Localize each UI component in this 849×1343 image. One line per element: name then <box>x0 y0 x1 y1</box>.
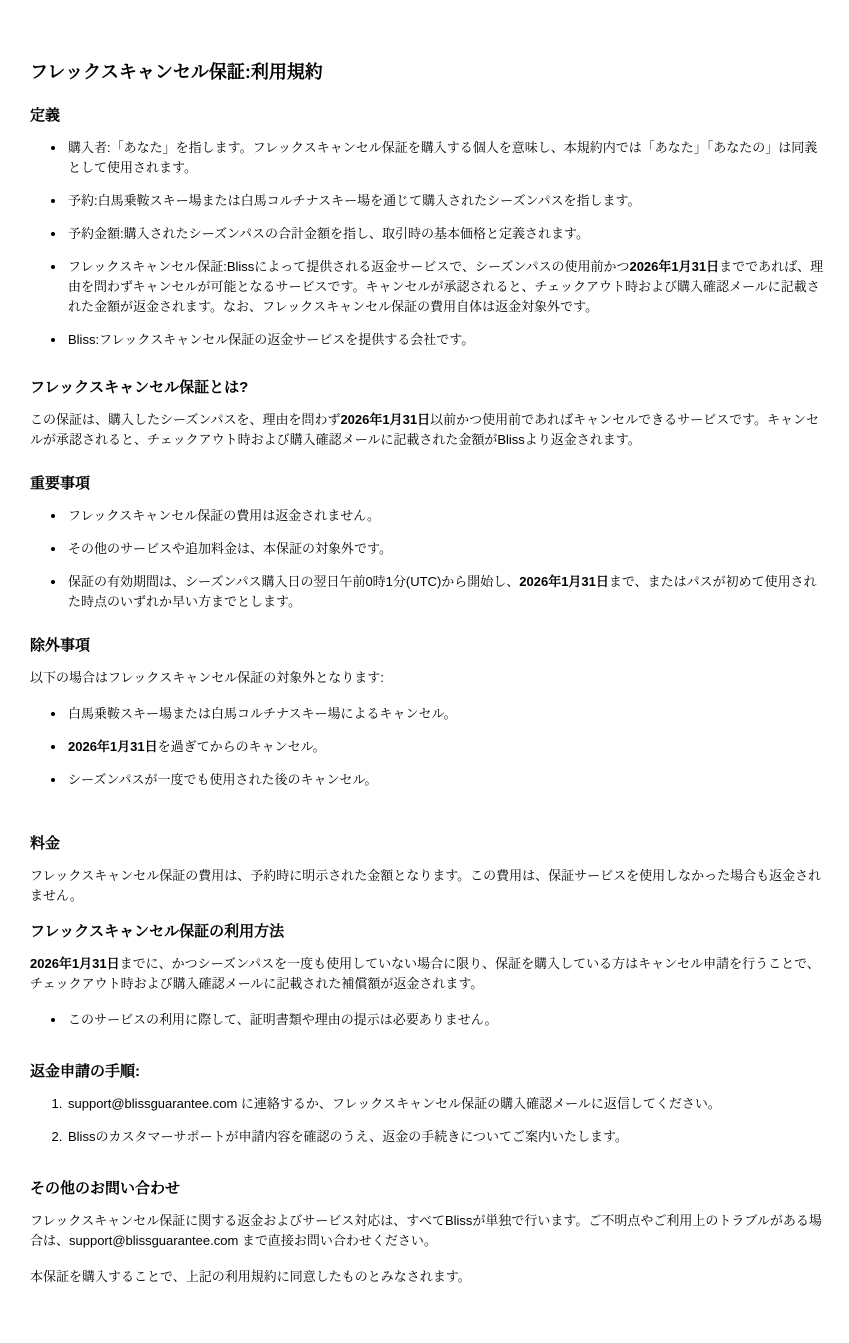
important-list: フレックスキャンセル保証の費用は返金されません。 その他のサービスや追加料金は、… <box>30 506 837 612</box>
bold-date: 2026年1月31日 <box>68 739 158 754</box>
list-item-text: シーズンパスが一度でも使用された後のキャンセル。 <box>68 772 377 787</box>
list-item: 予約金額:購入されたシーズンパスの合計金額を指し、取引時の基本価格と定義されます… <box>66 224 828 244</box>
list-item-text: フレックスキャンセル保証:Blissによって提供される返金サービスで、シーズンパ… <box>68 259 629 274</box>
exclusions-intro: 以下の場合はフレックスキャンセル保証の対象外となります: <box>30 668 830 688</box>
list-item-text: Bliss:フレックスキャンセル保証の返金サービスを提供する会社です。 <box>68 332 474 347</box>
ordered-list-item: Blissのカスタマーサポートが申請内容を確認のうえ、返金の手続きについてご案内… <box>66 1127 828 1147</box>
list-item: その他のサービスや追加料金は、本保証の対象外です。 <box>66 539 828 559</box>
list-item-text: このサービスの利用に際して、証明書類や理由の提示は必要ありません。 <box>68 1012 498 1027</box>
list-item: 購入者:「あなた」を指します。フレックスキャンセル保証を購入する個人を意味し、本… <box>66 138 828 178</box>
bold-date: 2026年1月31日 <box>340 412 430 427</box>
bold-date: 2026年1月31日 <box>30 956 120 971</box>
list-item-text: 保証の有効期間は、シーズンパス購入日の翌日午前0時1分(UTC)から開始し、 <box>68 574 519 589</box>
ordered-list-item: support@blissguarantee.com に連絡するか、フレックスキ… <box>66 1094 828 1114</box>
contact-paragraph-2: 本保証を購入することで、上記の利用規約に同意したものとみなされます。 <box>30 1267 830 1287</box>
contact-paragraph-1: フレックスキャンセル保証に関する返金およびサービス対応は、すべてBlissが単独… <box>30 1211 830 1251</box>
list-item: このサービスの利用に際して、証明書類や理由の提示は必要ありません。 <box>66 1010 828 1030</box>
list-item-text: 予約:白馬乗鞍スキー場または白馬コルチナスキー場を通じて購入されたシーズンパスを… <box>68 193 641 208</box>
bold-date: 2026年1月31日 <box>629 259 719 274</box>
section-heading-how-to-use: フレックスキャンセル保証の利用方法 <box>30 922 837 942</box>
paragraph-text: までに、かつシーズンパスを一度も使用していない場合に限り、保証を購入している方は… <box>30 956 820 991</box>
exclusions-list: 白馬乗鞍スキー場または白馬コルチナスキー場によるキャンセル。 2026年1月31… <box>30 704 837 790</box>
document-title: フレックスキャンセル保証:利用規約 <box>30 60 837 84</box>
list-item-text: を過ぎてからのキャンセル。 <box>158 739 326 754</box>
section-heading-refund-steps: 返金申請の手順: <box>30 1062 837 1082</box>
list-item: 予約:白馬乗鞍スキー場または白馬コルチナスキー場を通じて購入されたシーズンパスを… <box>66 191 828 211</box>
terms-document: フレックスキャンセル保証:利用規約 定義 購入者:「あなた」を指します。フレック… <box>0 0 849 1343</box>
list-item: シーズンパスが一度でも使用された後のキャンセル。 <box>66 770 828 790</box>
list-item-text: 予約金額:購入されたシーズンパスの合計金額を指し、取引時の基本価格と定義されます… <box>68 226 589 241</box>
section-heading-exclusions: 除外事項 <box>30 636 837 656</box>
how-to-use-paragraph: 2026年1月31日までに、かつシーズンパスを一度も使用していない場合に限り、保… <box>30 954 830 994</box>
section-heading-definitions: 定義 <box>30 106 837 126</box>
list-item: Bliss:フレックスキャンセル保証の返金サービスを提供する会社です。 <box>66 330 828 350</box>
list-item-text: その他のサービスや追加料金は、本保証の対象外です。 <box>68 541 392 556</box>
paragraph-text: この保証は、購入したシーズンパスを、理由を問わず <box>30 412 340 427</box>
list-item: 2026年1月31日を過ぎてからのキャンセル。 <box>66 737 828 757</box>
list-item: フレックスキャンセル保証:Blissによって提供される返金サービスで、シーズンパ… <box>66 257 828 317</box>
how-to-use-list: このサービスの利用に際して、証明書類や理由の提示は必要ありません。 <box>30 1010 837 1030</box>
list-item-text: Blissのカスタマーサポートが申請内容を確認のうえ、返金の手続きについてご案内… <box>68 1129 628 1144</box>
list-item: フレックスキャンセル保証の費用は返金されません。 <box>66 506 828 526</box>
list-item-text: 購入者:「あなた」を指します。フレックスキャンセル保証を購入する個人を意味し、本… <box>68 140 817 175</box>
refund-steps-list: support@blissguarantee.com に連絡するか、フレックスキ… <box>30 1094 837 1147</box>
section-heading-contact: その他のお問い合わせ <box>30 1179 837 1199</box>
list-item-text: フレックスキャンセル保証の費用は返金されません。 <box>68 508 380 523</box>
list-item: 保証の有効期間は、シーズンパス購入日の翌日午前0時1分(UTC)から開始し、20… <box>66 572 828 612</box>
fees-paragraph: フレックスキャンセル保証の費用は、予約時に明示された金額となります。この費用は、… <box>30 866 830 906</box>
list-item: 白馬乗鞍スキー場または白馬コルチナスキー場によるキャンセル。 <box>66 704 828 724</box>
bold-date: 2026年1月31日 <box>519 574 609 589</box>
definitions-list: 購入者:「あなた」を指します。フレックスキャンセル保証を購入する個人を意味し、本… <box>30 138 837 350</box>
section-heading-important: 重要事項 <box>30 474 837 494</box>
section-heading-fees: 料金 <box>30 834 837 854</box>
about-paragraph: この保証は、購入したシーズンパスを、理由を問わず2026年1月31日以前かつ使用… <box>30 410 830 450</box>
section-heading-about: フレックスキャンセル保証とは? <box>30 378 837 398</box>
list-item-text: 白馬乗鞍スキー場または白馬コルチナスキー場によるキャンセル。 <box>68 706 456 721</box>
list-item-text: support@blissguarantee.com に連絡するか、フレックスキ… <box>68 1096 721 1111</box>
